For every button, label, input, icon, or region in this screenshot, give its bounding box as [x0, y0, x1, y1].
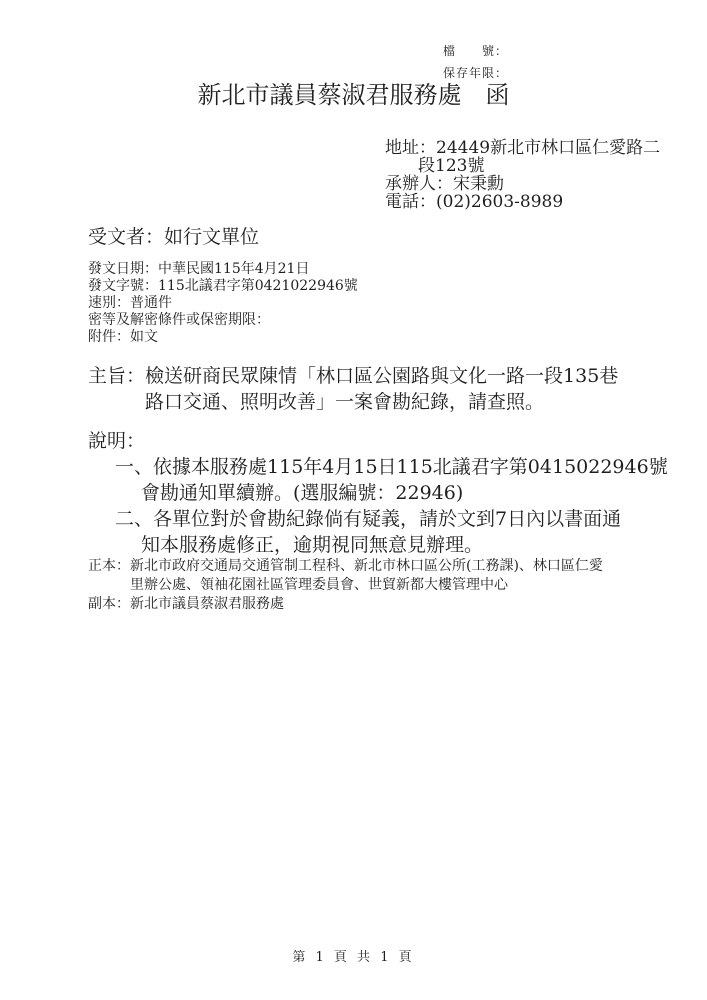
original-line2: 里辦公處、領袖花園社區管理委員會、世貿新都大樓管理中心	[130, 576, 603, 595]
meta-block: 發文日期：中華民國115年4月21日 發文字號：115北議君字第04210229…	[88, 261, 358, 346]
attachment-line: 附件：如文	[88, 329, 358, 346]
item2-line2: 知本服務處修正，逾期視同無意見辦理。	[115, 532, 668, 558]
original-recipients-row: 正本： 新北市政府交通局交通管制工程科、新北市林口區公所(工務課)、林口區仁愛 …	[88, 557, 603, 595]
recipient-line: 受文者：如行文單位	[88, 225, 259, 249]
copy-recipients-row: 副本： 新北市議員蔡淑君服務處	[88, 595, 603, 614]
file-number-label: 檔 號：	[443, 40, 508, 62]
description-label: 說明：	[88, 428, 668, 454]
sender-address-line1: 地址：24449新北市林口區仁愛路二	[385, 139, 660, 157]
subject-text: 檢送研商民眾陳情「林口區公園路與文化一路一段135巷 路口交通、照明改善」一案會…	[145, 363, 618, 415]
subject-line2: 路口交通、照明改善」一案會勘紀錄，請查照。	[145, 389, 618, 415]
original-recipients: 新北市政府交通局交通管制工程科、新北市林口區公所(工務課)、林口區仁愛 里辦公處…	[130, 557, 603, 595]
page-number: 第 1 頁 共 1 頁	[292, 950, 414, 965]
description-item-1: 一、依據本服務處115年4月15日115北議君字第0415022946號 會勘通…	[88, 454, 668, 506]
subject-line1: 檢送研商民眾陳情「林口區公園路與文化一路一段135巷	[145, 363, 618, 389]
copy-label: 副本：	[88, 595, 130, 614]
page-footer: 第 1 頁 共 1 頁	[0, 946, 707, 965]
description-item-2: 二、各單位對於會勘紀錄倘有疑義，請於文到7日內以書面通 知本服務處修正，逾期視同…	[88, 506, 668, 558]
item2-first-line: 二、各單位對於會勘紀錄倘有疑義，請於文到7日內以書面通	[115, 506, 668, 532]
item1-first-line: 一、依據本服務處115年4月15日115北議君字第0415022946號	[115, 454, 668, 480]
subject-section: 主旨： 檢送研商民眾陳情「林口區公園路與文化一路一段135巷 路口交通、照明改善…	[88, 363, 618, 415]
item2-line1: 各單位對於會勘紀錄倘有疑義，請於文到7日內以書面通	[153, 508, 621, 530]
issue-date-line: 發文日期：中華民國115年4月21日	[88, 261, 358, 278]
speed-line: 速別：普通件	[88, 295, 358, 312]
archival-block: 檔 號： 保存年限：	[443, 40, 508, 84]
document-page: 檔 號： 保存年限： 新北市議員蔡淑君服務處 函 地址：24449新北市林口區仁…	[0, 0, 707, 1000]
original-line1: 新北市政府交通局交通管制工程科、新北市林口區公所(工務課)、林口區仁愛	[130, 557, 603, 576]
subject-label: 主旨：	[88, 363, 145, 415]
original-label: 正本：	[88, 557, 130, 595]
sender-info-block: 地址：24449新北市林口區仁愛路二 段123號 承辦人：宋秉勳 電話：(02)…	[385, 139, 660, 211]
copy-text: 新北市議員蔡淑君服務處	[130, 595, 284, 614]
item1-number: 一、	[115, 456, 153, 478]
item1-line1: 依據本服務處115年4月15日115北議君字第0415022946號	[153, 456, 668, 478]
document-title: 新北市議員蔡淑君服務處 函	[0, 80, 707, 110]
sender-address-line2: 段123號	[385, 157, 660, 175]
item1-line2: 會勘通知單續辦。(選服編號：22946)	[115, 480, 668, 506]
item2-number: 二、	[115, 508, 153, 530]
security-line: 密等及解密條件或保密期限：	[88, 312, 358, 329]
description-section: 說明： 一、依據本服務處115年4月15日115北議君字第0415022946號…	[88, 428, 668, 558]
doc-number-line: 發文字號：115北議君字第0421022946號	[88, 278, 358, 295]
sender-phone: 電話：(02)2603-8989	[385, 193, 660, 211]
distribution-section: 正本： 新北市政府交通局交通管制工程科、新北市林口區公所(工務課)、林口區仁愛 …	[88, 557, 603, 614]
sender-contact: 承辦人：宋秉勳	[385, 175, 660, 193]
